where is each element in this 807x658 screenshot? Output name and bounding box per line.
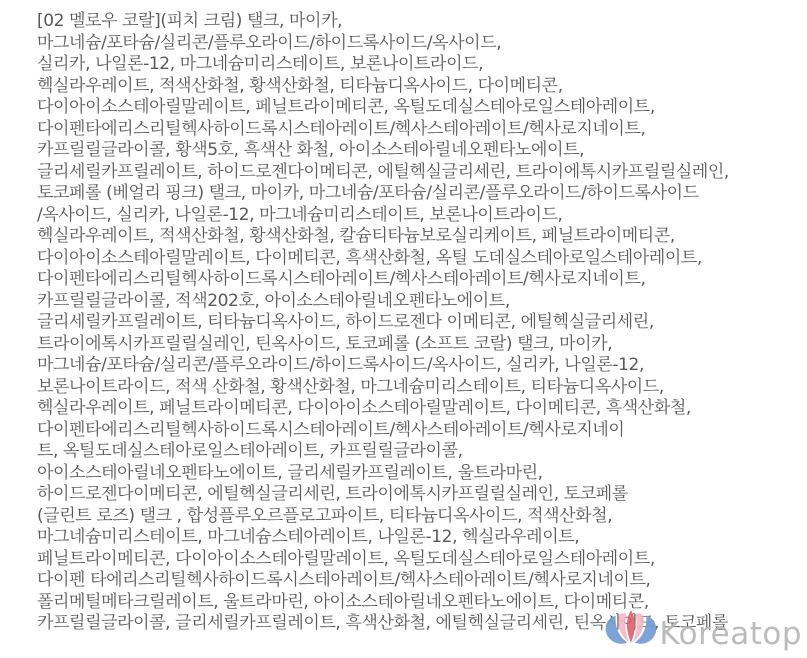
ingredient-line: 카프릴릴글라이콜, 적색202호, 아이소스테아릴네오펜타노에이트, — [37, 291, 797, 313]
ingredient-line: 다이아이소스테아릴말레이트, 페닐트라이메티콘, 옥틸도데실스테아로일스테아레이… — [37, 97, 797, 119]
ingredient-line: [02 멜로우 코랄](피치 크림) 탤크, 마이카, — [37, 11, 797, 33]
ingredient-line: 글리세릴카프릴레이트, 하이드로젠다이메티콘, 에틸헥실글리세린, 트라이에톡시… — [37, 162, 797, 184]
ingredient-line: 페닐트라이메티콘, 다이아이소스테아릴말레이트, 옥틸도데실스테아로일스테아레이… — [37, 549, 797, 571]
watermark-brand-text: Koreatop — [659, 619, 802, 650]
ingredient-line: 다이아이소스테아릴말레이트, 다이메티콘, 흑색산화철, 옥틸 도데실스테아로일… — [37, 248, 797, 270]
ingredient-line: 하이드로젠다이메티콘, 에틸헥실글리세린, 트라이에톡시카프릴릴실레인, 토코페… — [37, 484, 797, 506]
ingredient-line: 다이펜타에리스리틸헥사하이드록시스테아레이트/헥사스테아레이트/헥사로지네이트, — [37, 119, 797, 141]
ingredient-line: 헥실라우레이트, 적색산화철, 황색산화철, 칼슘티타늄보로실리케이트, 페닐트… — [37, 226, 797, 248]
ingredient-line: 트, 옥틸도데실스테아로일스테아레이트, 카프릴릴글라이콜, — [37, 441, 797, 463]
lotus-icon — [604, 609, 658, 651]
ingredient-line: 마그네슘/포타슘/실리콘/플루오라이드/하이드록사이드/옥사이드, 실리카, 나… — [37, 355, 797, 377]
ingredient-line: 토코페롤 (베얼리 핑크) 탤크, 마이카, 마그네슘/포타슘/실리콘/플루오라… — [37, 183, 797, 205]
ingredient-line: 헥실라우레이트, 페닐트라이메티콘, 다이아이소스테아릴말레이트, 다이메티콘,… — [37, 398, 797, 420]
ingredient-line: 다이펜타에리스리틸헥사하이드록시스테아레이트/헥사스테아레이트/헥사로지네이 — [37, 420, 797, 442]
ingredient-line: 카프릴릴글라이콜, 황색5호, 흑색산 화철, 아이소스테아릴네오펜타노에이트, — [37, 140, 797, 162]
ingredient-line: 마그네슘미리스테이트, 마그네슘스테아레이트, 나일론-12, 헥실라우레이트, — [37, 527, 797, 549]
ingredient-line: /옥사이드, 실리카, 나일론-12, 마그네슘미리스테이트, 보론나이트라이드… — [37, 205, 797, 227]
ingredient-line: (글린트 로즈) 탤크 , 합성플루오르플로고파이트, 티타늄디옥사이드, 적색… — [37, 506, 797, 528]
ingredient-list: [02 멜로우 코랄](피치 크림) 탤크, 마이카,마그네슘/포타슘/실리콘/… — [37, 11, 797, 635]
ingredient-line: 글리세릴카프릴레이트, 티타늄디옥사이드, 하이드로젠다 이메티콘, 에틸헥실글… — [37, 312, 797, 334]
ingredient-page: [02 멜로우 코랄](피치 크림) 탤크, 마이카,마그네슘/포타슘/실리콘/… — [0, 0, 807, 658]
ingredient-line: 마그네슘/포타슘/실리콘/플루오라이드/하이드록사이드/옥사이드, — [37, 33, 797, 55]
ingredient-line: 보론나이트라이드, 적색 산화철, 황색산화철, 마그네슘미리스테이트, 티타늄… — [37, 377, 797, 399]
ingredient-line: 다이펜타에리스리틸헥사하이드록시스테아레이트/헥사스테아레이트/헥사로지네이트, — [37, 269, 797, 291]
ingredient-line: 트라이에톡시카프릴릴실레인, 틴옥사이드, 토코페롤 (소프트 코랄) 탤크, … — [37, 334, 797, 356]
ingredient-line: 아이소스테아릴네오펜타노에이트, 글리세릴카프릴레이트, 울트라마린, — [37, 463, 797, 485]
ingredient-line: 다이펜 타에리스리틸헥사하이드록시스테아레이트/헥사스테아레이트/헥사로지네이트… — [37, 570, 797, 592]
ingredient-line: 헥실라우레이트, 적색산화철, 황색산화철, 티타늄디옥사이드, 다이메티콘, — [37, 76, 797, 98]
ingredient-line: 실리카, 나일론-12, 마그네슘미리스테이트, 보론나이트라이드, — [37, 54, 797, 76]
watermark: Koreatop — [604, 609, 802, 652]
